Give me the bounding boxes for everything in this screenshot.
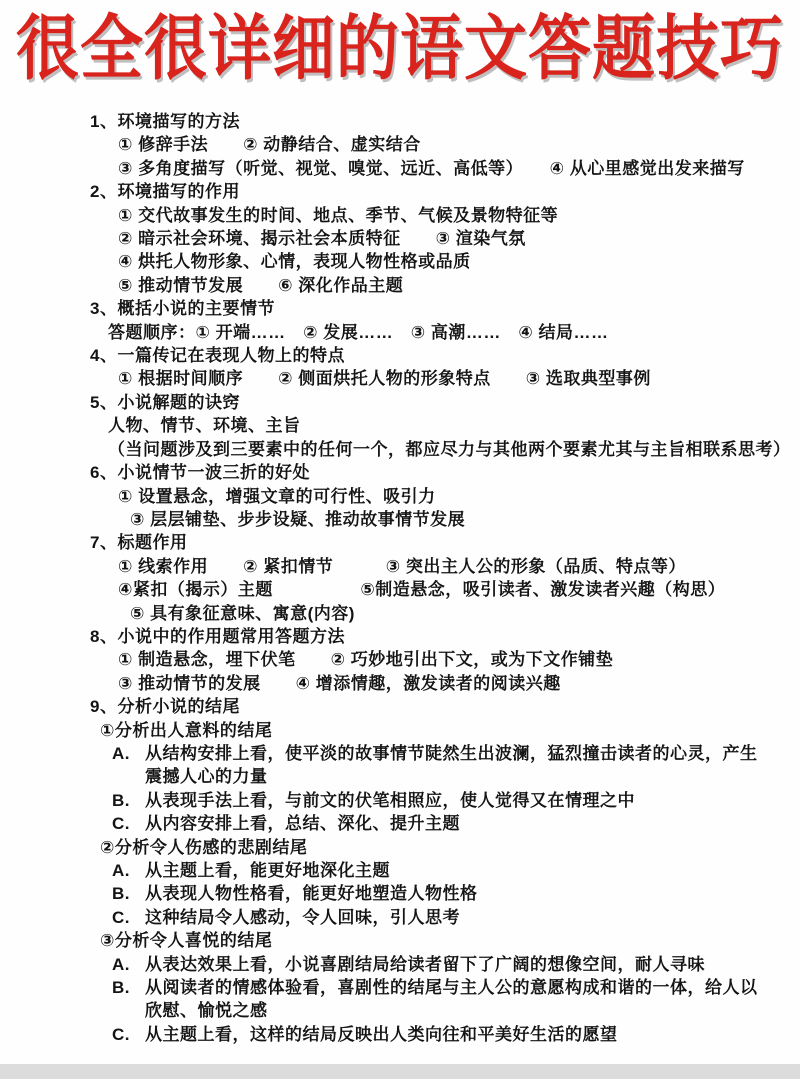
lettered-point: B.从表现手法上看，与前文的伏笔相照应，使人觉得又在情理之中 [0, 789, 765, 812]
document-page: 很全很详细的语文答题技巧 1、环境描写的方法① 修辞手法 ② 动静结合、虚实结合… [0, 0, 800, 1079]
point-text: 从主题上看，这样的结局反映出人类向往和平美好生活的愿望 [145, 1025, 618, 1044]
lettered-point: A.从结构安排上看，使平淡的故事情节陡然生出波澜，猛烈撞击读者的心灵，产生震撼人… [0, 742, 765, 789]
point-letter: A. [112, 953, 145, 976]
point-text: 从内容安排上看，总结、深化、提升主题 [145, 814, 460, 833]
lettered-point: C.从内容安排上看，总结、深化、提升主题 [0, 812, 765, 835]
outline-line: ① 线索作用 ② 紧扣情节 ③ 突出主人公的形象（品质、特点等） [0, 555, 800, 578]
section-heading: 7、标题作用 [0, 531, 800, 554]
point-letter: C. [112, 812, 145, 835]
lettered-point: C.从主题上看，这样的结局反映出人类向往和平美好生活的愿望 [0, 1023, 765, 1046]
sub-heading: ③分析令人喜悦的结尾 [0, 929, 800, 952]
point-text: 这种结局令人感动，令人回味，引人思考 [145, 908, 460, 927]
outline-line: ① 修辞手法 ② 动静结合、虚实结合 [0, 133, 800, 156]
outline-line: ① 根据时间顺序 ② 侧面烘托人物的形象特点 ③ 选取典型事例 [0, 367, 800, 390]
point-text: 从结构安排上看，使平淡的故事情节陡然生出波澜，猛烈撞击读者的心灵，产生震撼人心的… [145, 744, 758, 786]
outline-line: 答题顺序：① 开端…… ② 发展…… ③ 高潮…… ④ 结局…… [0, 321, 800, 344]
point-letter: B. [112, 789, 145, 812]
point-letter: B. [112, 882, 145, 905]
sub-heading: ①分析出人意料的结尾 [0, 719, 800, 742]
outline-line: ④紧扣（揭示）主题 ⑤制造悬念，吸引读者、激发读者兴趣（构思） [0, 578, 800, 601]
outline-line: ⑤ 推动情节发展 ⑥ 深化作品主题 [0, 274, 800, 297]
lettered-point: A.从表达效果上看，小说喜剧结局给读者留下了广阔的想像空间，耐人寻味 [0, 953, 765, 976]
outline-line: ③ 层层铺垫、步步设疑、推动故事情节发展 [0, 508, 800, 531]
point-text: 从阅读者的情感体验看，喜剧性的结尾与主人公的意愿构成和谐的一体，给人以欣慰、愉悦… [145, 978, 758, 1020]
outline-line: ① 制造悬念，埋下伏笔 ② 巧妙地引出下文，或为下文作铺垫 [0, 648, 800, 671]
section-heading: 5、小说解题的诀窍 [0, 391, 800, 414]
outline-line: ② 暗示社会环境、揭示社会本质特征 ③ 渲染气氛 [0, 227, 800, 250]
outline-line: ① 交代故事发生的时间、地点、季节、气候及景物特征等 [0, 204, 800, 227]
outline-line: ③ 多角度描写（听觉、视觉、嗅觉、远近、高低等） ④ 从心里感觉出发来描写 [0, 157, 800, 180]
sub-heading: ②分析令人伤感的悲剧结尾 [0, 836, 800, 859]
outline-line: ③ 推动情节的发展 ④ 增添情趣，激发读者的阅读兴趣 [0, 672, 800, 695]
point-text: 从表现人物性格看，能更好地塑造人物性格 [145, 884, 478, 903]
point-letter: C. [112, 1023, 145, 1046]
section-heading: 2、环境描写的作用 [0, 180, 800, 203]
section-heading: 4、一篇传记在表现人物上的特点 [0, 344, 800, 367]
point-letter: A. [112, 742, 145, 765]
section-heading: 3、概括小说的主要情节 [0, 297, 800, 320]
outline-line: ④ 烘托人物形象、心情，表现人物性格或品质 [0, 250, 800, 273]
point-letter: C. [112, 906, 145, 929]
section-heading: 6、小说情节一波三折的好处 [0, 461, 800, 484]
section-heading: 1、环境描写的方法 [0, 110, 800, 133]
point-text: 从主题上看，能更好地深化主题 [145, 861, 390, 880]
section-heading: 8、小说中的作用题常用答题方法 [0, 625, 800, 648]
bottom-gray-bar [0, 1064, 800, 1079]
lettered-point: B.从表现人物性格看，能更好地塑造人物性格 [0, 882, 765, 905]
point-letter: B. [112, 976, 145, 999]
outline-line: ① 设置悬念，增强文章的可行性、吸引力 [0, 485, 800, 508]
lettered-point: A.从主题上看，能更好地深化主题 [0, 859, 765, 882]
point-text: 从表现手法上看，与前文的伏笔相照应，使人觉得又在情理之中 [145, 791, 635, 810]
section-heading: 9、分析小说的结尾 [0, 695, 800, 718]
outline-line: ⑤ 具有象征意味、寓意(内容) [0, 602, 800, 625]
lettered-point: C.这种结局令人感动，令人回味，引人思考 [0, 906, 765, 929]
outline-line: 人物、情节、环境、主旨 [0, 414, 800, 437]
point-text: 从表达效果上看，小说喜剧结局给读者留下了广阔的想像空间，耐人寻味 [145, 955, 705, 974]
point-letter: A. [112, 859, 145, 882]
lettered-point: B.从阅读者的情感体验看，喜剧性的结尾与主人公的意愿构成和谐的一体，给人以欣慰、… [0, 976, 765, 1023]
page-title: 很全很详细的语文答题技巧 [6, 4, 794, 94]
outline-content: 1、环境描写的方法① 修辞手法 ② 动静结合、虚实结合③ 多角度描写（听觉、视觉… [0, 110, 800, 1046]
outline-line: （当问题涉及到三要素中的任何一个，都应尽力与其他两个要素尤其与主旨相联系思考） [0, 438, 800, 461]
